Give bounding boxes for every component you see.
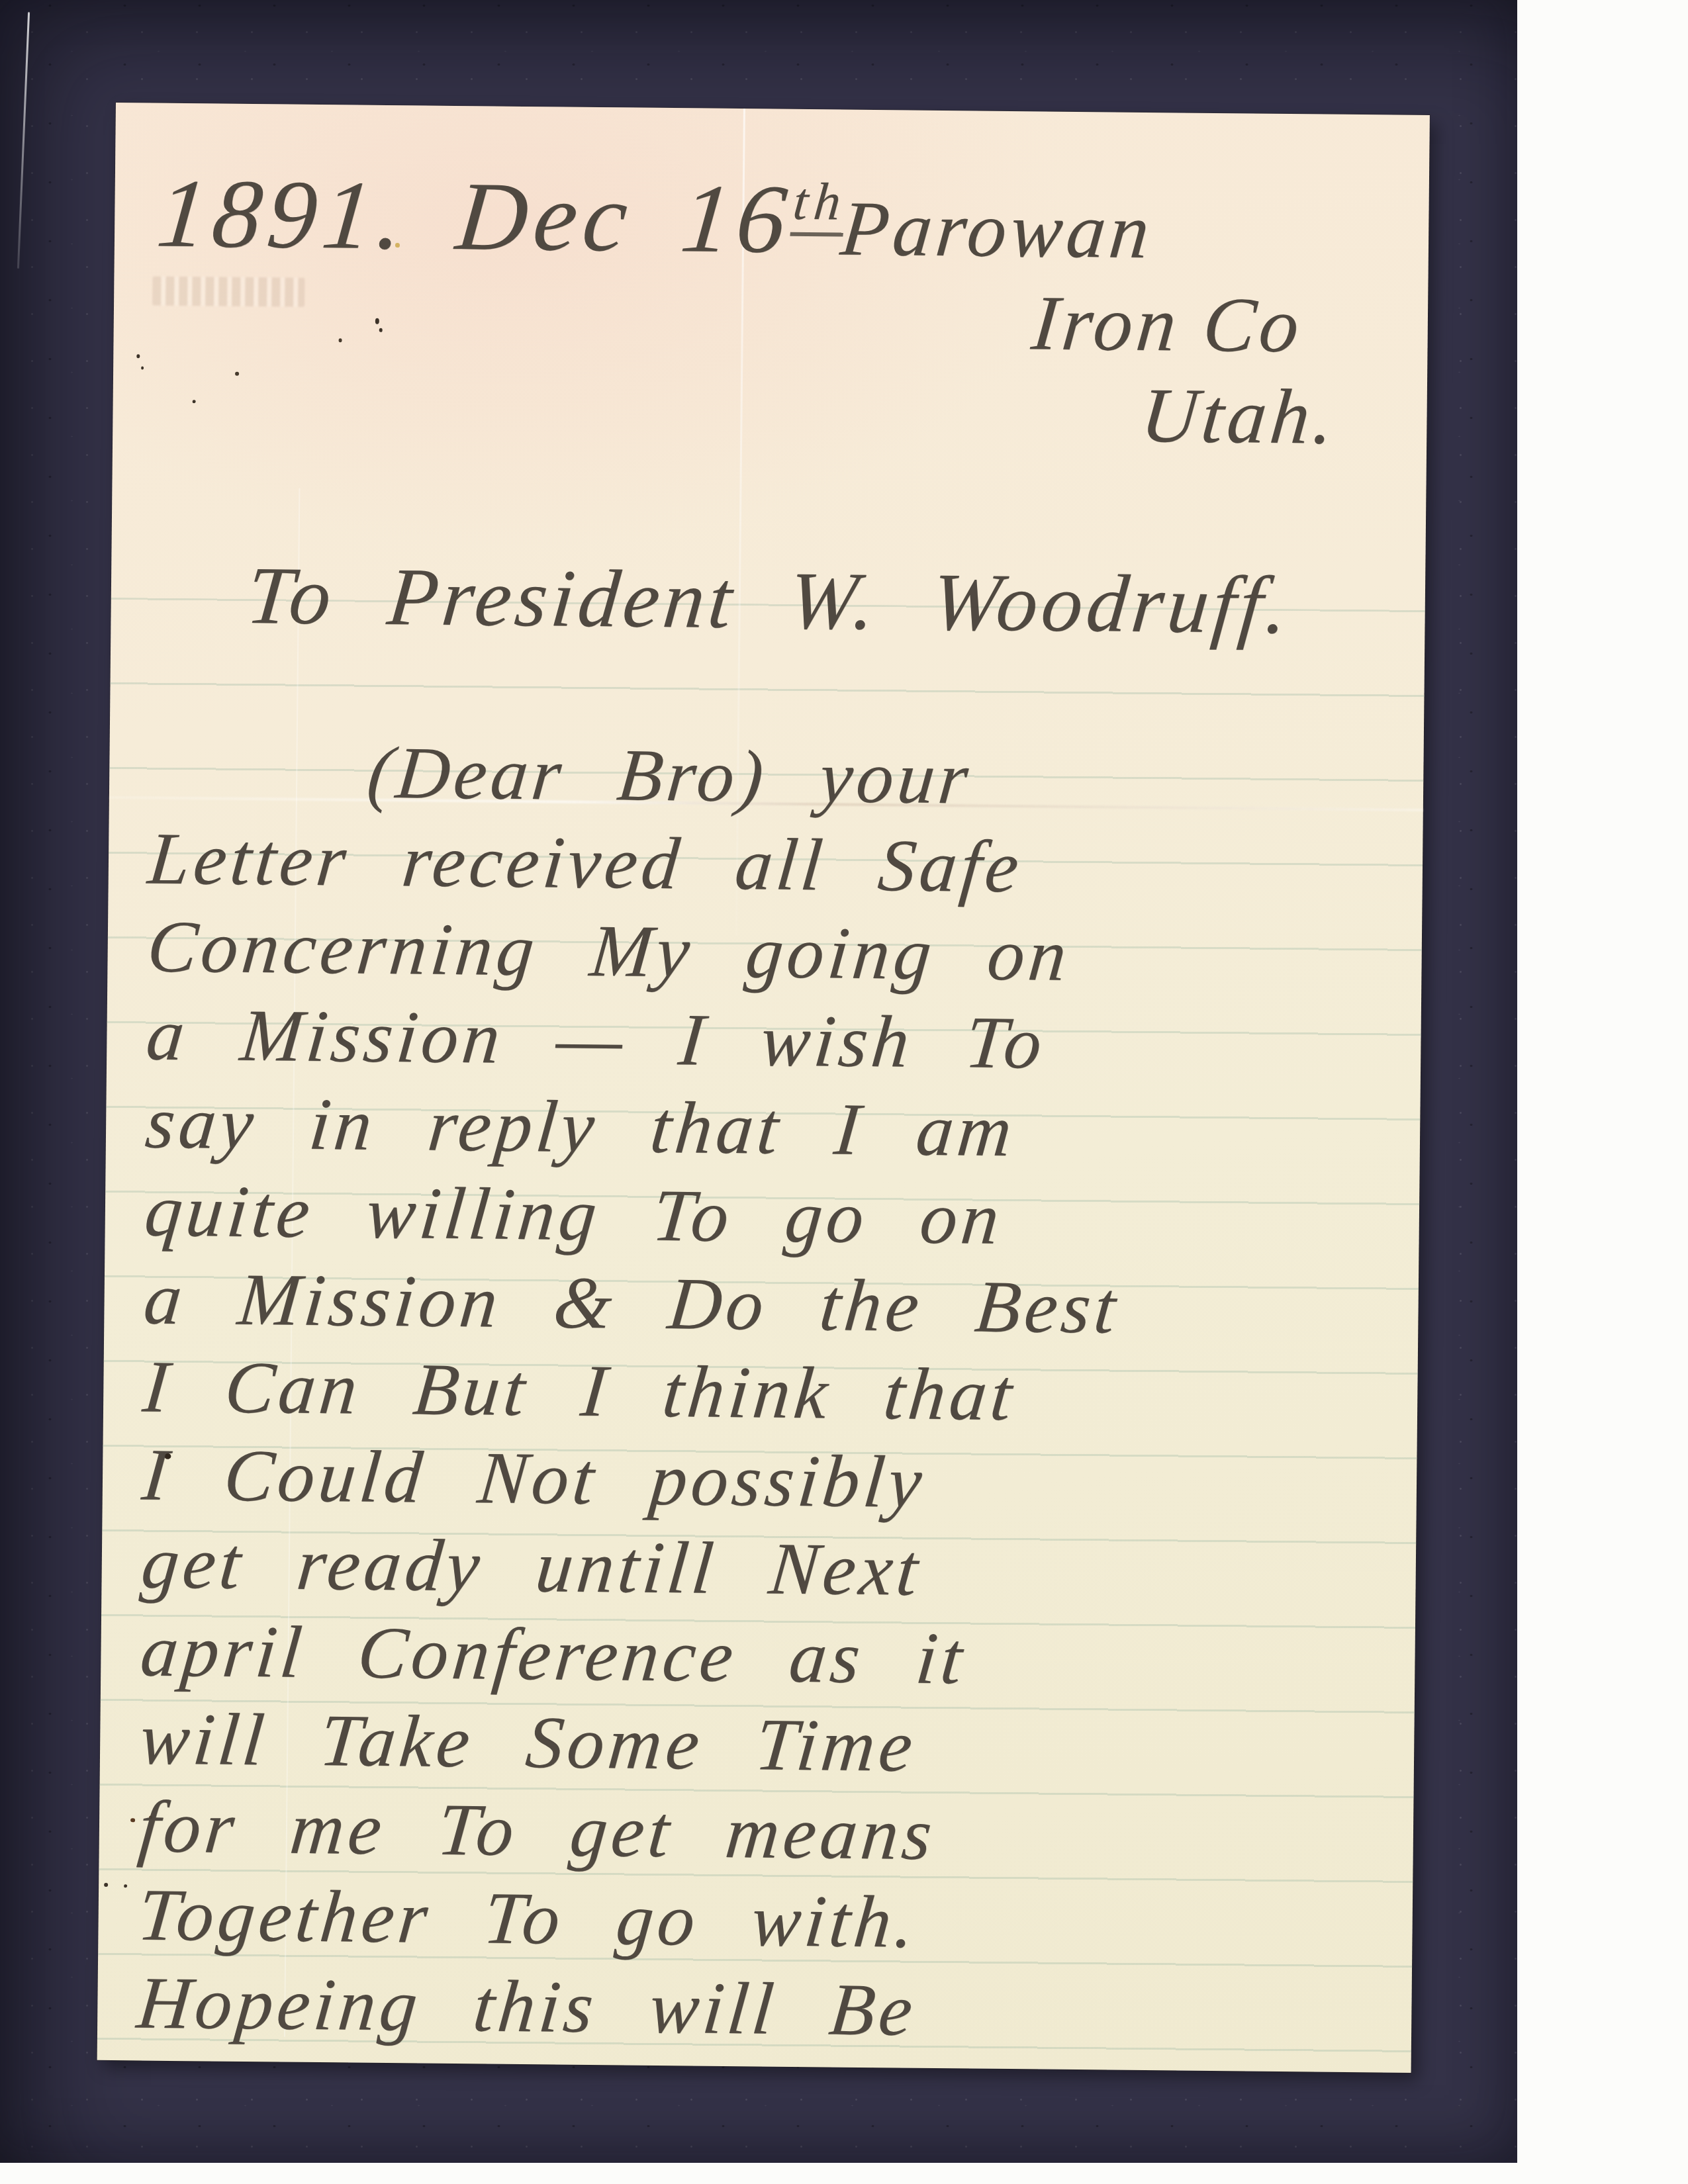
body-line: Together To go with.	[134, 1873, 922, 1966]
date-suffix: th	[790, 173, 849, 237]
ink-speck	[375, 318, 379, 324]
body-line: quite willing To go on	[141, 1169, 1007, 1262]
ink-speck	[141, 366, 144, 369]
body-line: I Could Not possibly	[138, 1433, 929, 1525]
body-line: I Can But I think that	[140, 1345, 1019, 1439]
ink-speck	[379, 328, 383, 332]
ink-speck	[104, 1883, 108, 1887]
album-mat-background: 1891. Dec 16th Parowan Iron Co Utah. To …	[0, 0, 1517, 2163]
body-line: Concerning My going on	[144, 905, 1074, 999]
ink-speck	[339, 338, 342, 342]
body-line: a Mission & Do the Best	[140, 1257, 1123, 1351]
salutation: To President W. Woodruff.	[243, 549, 1295, 653]
date-line: 1891. Dec 16th	[153, 158, 851, 277]
ink-speck	[130, 1818, 135, 1822]
ink-speck	[136, 354, 140, 358]
body-line: for me To get means	[135, 1785, 939, 1878]
ink-speck	[124, 1884, 127, 1888]
ink-speck	[235, 372, 239, 376]
body-line: Hopeing this will Be	[134, 1961, 920, 2054]
body-line: Letter received all Safe	[144, 817, 1026, 911]
body-line: (Dear Bro) your	[364, 731, 976, 822]
mat-scratch-mark	[17, 12, 30, 269]
body-line: get ready untill Next	[138, 1521, 925, 1614]
body-line: april Conference as it	[137, 1609, 970, 1702]
scan-page: 1891. Dec 16th Parowan Iron Co Utah. To …	[0, 0, 1688, 2184]
letter-paper: 1891. Dec 16th Parowan Iron Co Utah. To …	[97, 103, 1430, 2073]
place-line-state: Utah.	[1137, 371, 1342, 463]
date-main: 1891. Dec 16	[153, 159, 797, 274]
body-line: will Take Some Time	[136, 1697, 920, 1790]
embossed-stationery-stamp	[152, 277, 305, 307]
body-line: say in reply that I am	[142, 1081, 1019, 1174]
ink-speck	[193, 400, 196, 403]
place-line-county: Iron Co	[1028, 278, 1307, 371]
body-line: a Mission — I wish To	[143, 993, 1049, 1087]
place-line-city: Parowan	[837, 184, 1158, 277]
